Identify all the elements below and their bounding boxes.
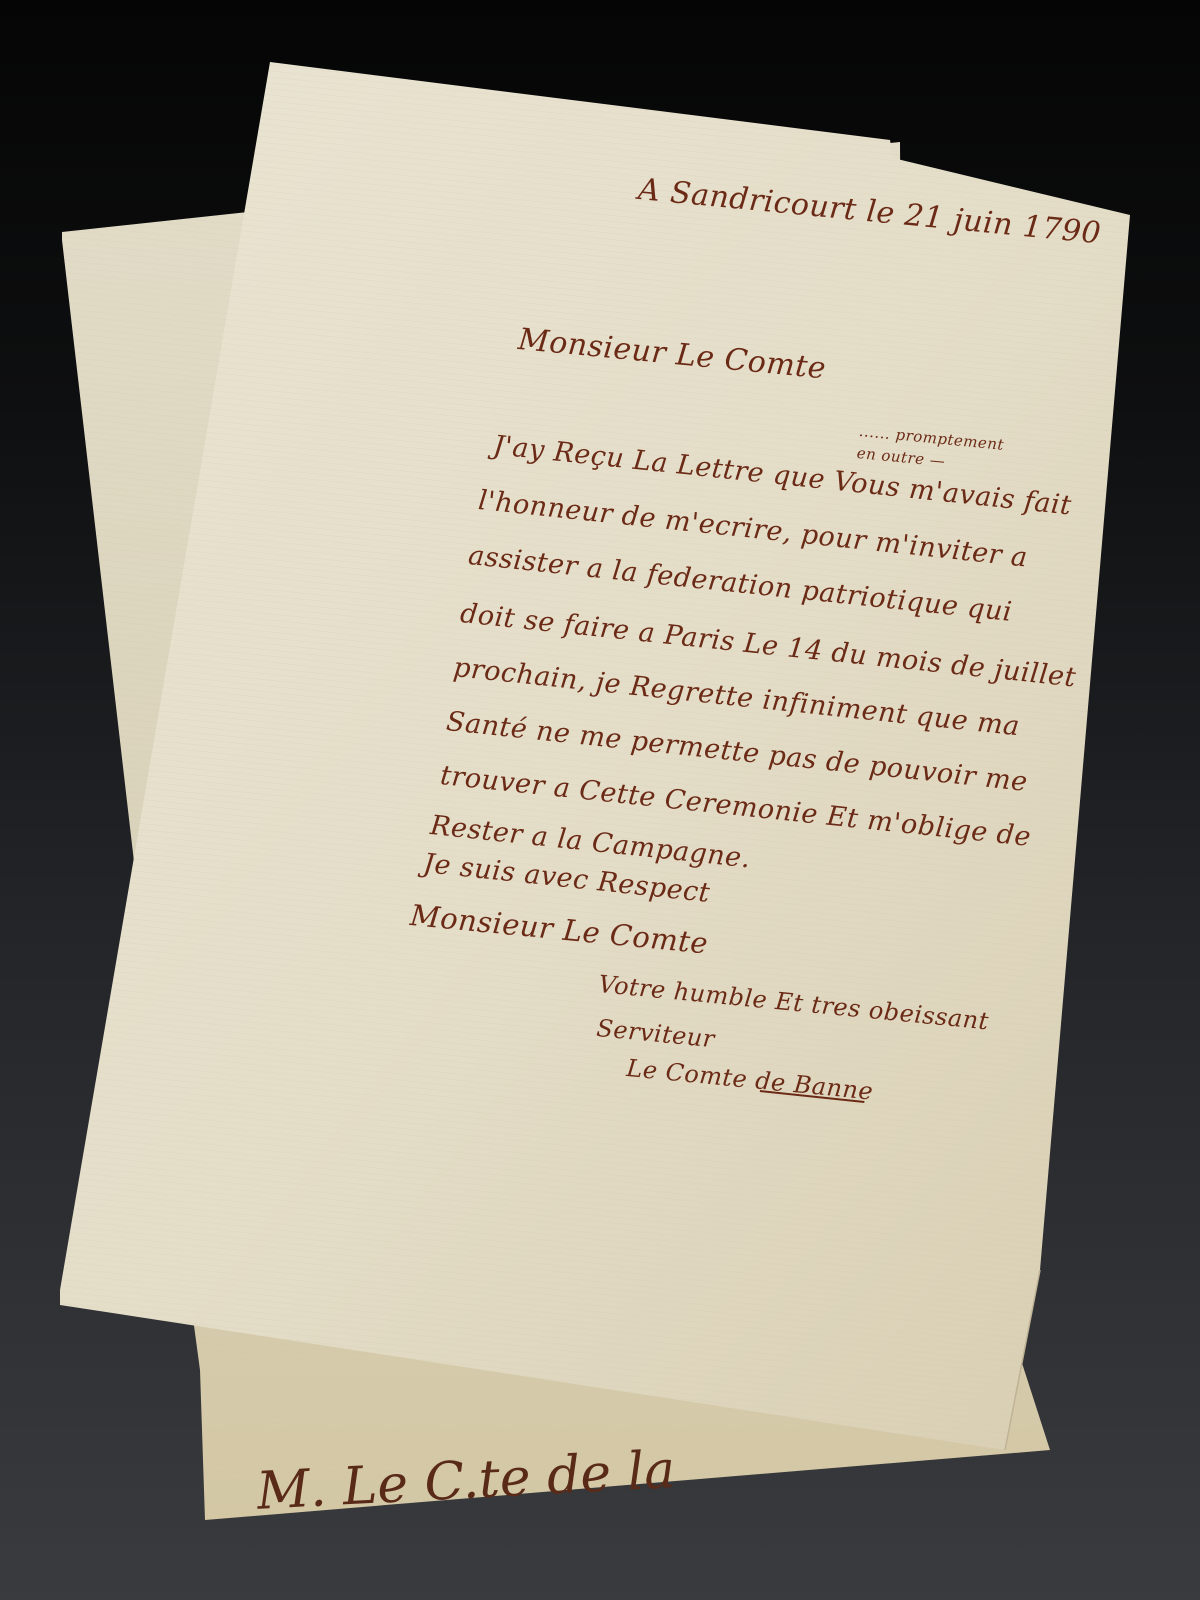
photo-scene: A Sandricourt le 21 juin 1790 Monsieur L… <box>0 0 1200 1600</box>
